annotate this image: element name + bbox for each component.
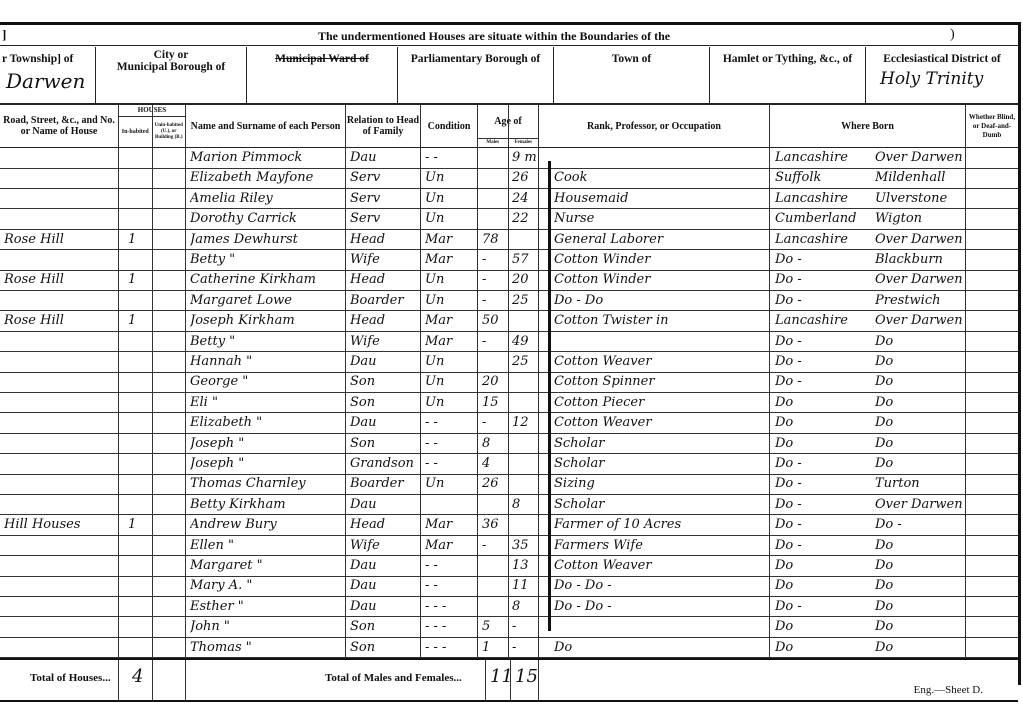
sheet-title: The undermentioned Houses are situate wi…	[318, 29, 670, 44]
born-county: Do -	[775, 454, 870, 474]
house-name	[4, 209, 114, 229]
col-name: Name and Surname of each Person	[186, 105, 346, 148]
age-male: 4	[482, 454, 508, 474]
total-persons-label: Total of Males and Females...	[325, 672, 462, 684]
col-inhabited: In-habited	[119, 117, 153, 147]
born-place: Do	[875, 536, 965, 556]
born-county: Lancashire	[775, 230, 870, 250]
occupation: Cotton Winder	[554, 270, 766, 290]
age-male: -	[482, 291, 508, 311]
age-male: -	[482, 413, 508, 433]
born-county: Do -	[775, 536, 870, 556]
inhabited-count	[128, 597, 148, 617]
condition: Un	[425, 189, 477, 209]
person-name: Betty "	[190, 332, 345, 352]
house-name	[4, 148, 114, 168]
age-female: 13	[512, 556, 538, 576]
age-female: 8	[512, 597, 538, 617]
inhabited-count	[128, 454, 148, 474]
born-county: Do	[775, 393, 870, 413]
relation: Wife	[350, 332, 420, 352]
age-female	[512, 393, 538, 413]
person-name: Joseph Kirkham	[190, 311, 345, 331]
house-name	[4, 413, 114, 433]
total-females-value: 15	[515, 666, 538, 687]
condition: Mar	[425, 332, 477, 352]
relation: Son	[350, 434, 420, 454]
age-female: -	[512, 638, 538, 658]
born-county: Do	[775, 413, 870, 433]
occupation: Cotton Piecer	[554, 393, 766, 413]
occupation: Do - Do -	[554, 576, 766, 596]
condition: - -	[425, 413, 477, 433]
relation: Head	[350, 230, 420, 250]
person-name: John "	[190, 617, 345, 637]
condition: Mar	[425, 311, 477, 331]
condition: Mar	[425, 515, 477, 535]
person-name: Esther "	[190, 597, 345, 617]
person-name: Joseph "	[190, 454, 345, 474]
age-male: 36	[482, 515, 508, 535]
occupation: Housemaid	[554, 189, 766, 209]
age-female: 11	[512, 576, 538, 596]
relation: Son	[350, 393, 420, 413]
person-name: Mary A. "	[190, 576, 345, 596]
ecclesiastical-value: Holy Trinity	[866, 69, 1018, 89]
inhabited-count: 1	[128, 515, 148, 535]
inhabited-count	[128, 638, 148, 658]
age-female: 12	[512, 413, 538, 433]
house-name: Rose Hill	[4, 270, 114, 290]
age-male	[482, 576, 508, 596]
born-place: Over Darwen	[875, 148, 965, 168]
parliamentary-borough-box: Parliamentary Borough of	[398, 47, 554, 105]
born-county: Do -	[775, 291, 870, 311]
city-borough-box: City or Municipal Borough of	[96, 47, 247, 105]
born-place: Mildenhall	[875, 168, 965, 188]
condition: Mar	[425, 230, 477, 250]
municipal-ward-box: Municipal Ward of	[247, 47, 398, 105]
age-female	[512, 474, 538, 494]
person-name: Thomas Charnley	[190, 474, 345, 494]
inhabited-count	[128, 372, 148, 392]
house-name	[4, 434, 114, 454]
house-name: Hill Houses	[4, 515, 114, 535]
inhabited-count	[128, 536, 148, 556]
relation: Wife	[350, 250, 420, 270]
occupation: Do - Do -	[554, 597, 766, 617]
relation: Head	[350, 515, 420, 535]
margin-stroke	[548, 161, 551, 631]
house-name	[4, 250, 114, 270]
born-place: Do	[875, 454, 965, 474]
age-male: -	[482, 270, 508, 290]
born-county: Cumberland	[775, 209, 870, 229]
age-female: 9 m	[512, 148, 538, 168]
occupation: Cotton Twister in	[554, 311, 766, 331]
house-name	[4, 393, 114, 413]
age-female	[512, 434, 538, 454]
born-place: Do	[875, 372, 965, 392]
house-name	[4, 576, 114, 596]
born-county: Do -	[775, 372, 870, 392]
age-male: -	[482, 332, 508, 352]
born-county: Do -	[775, 474, 870, 494]
relation: Son	[350, 617, 420, 637]
col-relation: Relation to Head of Family	[346, 105, 421, 148]
inhabited-count	[128, 291, 148, 311]
relation: Boarder	[350, 291, 420, 311]
house-name	[4, 352, 114, 372]
occupation: Nurse	[554, 209, 766, 229]
occupation: Do	[554, 638, 766, 658]
person-name: Hannah "	[190, 352, 345, 372]
inhabited-count	[128, 209, 148, 229]
born-county: Do	[775, 434, 870, 454]
total-houses-value: 4	[132, 666, 143, 687]
occupation: Farmers Wife	[554, 536, 766, 556]
person-name: Margaret "	[190, 556, 345, 576]
age-female	[512, 454, 538, 474]
born-county: Do -	[775, 250, 870, 270]
person-name: Betty "	[190, 250, 345, 270]
person-name: Ellen "	[190, 536, 345, 556]
relation: Dau	[350, 597, 420, 617]
born-place: Prestwich	[875, 291, 965, 311]
born-county: Do -	[775, 352, 870, 372]
person-name: Dorothy Carrick	[190, 209, 345, 229]
occupation: General Laborer	[554, 230, 766, 250]
condition	[425, 495, 477, 515]
age-male	[482, 556, 508, 576]
inhabited-count	[128, 495, 148, 515]
born-county: Lancashire	[775, 148, 870, 168]
born-place: Do	[875, 352, 965, 372]
occupation: Cook	[554, 168, 766, 188]
condition: - - -	[425, 638, 477, 658]
relation: Dau	[350, 495, 420, 515]
town-box: Town of	[554, 47, 710, 105]
house-name	[4, 291, 114, 311]
born-county: Do -	[775, 270, 870, 290]
person-name: Betty Kirkham	[190, 495, 345, 515]
house-name: Rose Hill	[4, 230, 114, 250]
born-county: Lancashire	[775, 189, 870, 209]
occupation	[554, 617, 766, 637]
occupation	[554, 148, 766, 168]
born-place: Do	[875, 332, 965, 352]
house-name	[4, 495, 114, 515]
relation: Son	[350, 638, 420, 658]
col-females: Females	[509, 139, 539, 147]
born-place: Do	[875, 413, 965, 433]
age-female: 8	[512, 495, 538, 515]
born-county: Do -	[775, 515, 870, 535]
born-place: Do	[875, 576, 965, 596]
hamlet-box: Hamlet or Tything, &c., of	[710, 47, 866, 105]
occupation: Cotton Weaver	[554, 413, 766, 433]
person-name: Andrew Bury	[190, 515, 345, 535]
relation: Head	[350, 270, 420, 290]
person-name: Marion Pimmock	[190, 148, 345, 168]
census-sheet: ] The undermentioned Houses are situate …	[0, 22, 1021, 685]
condition: - -	[425, 148, 477, 168]
person-name: Elizabeth "	[190, 413, 345, 433]
corner-mark: )	[950, 27, 955, 43]
relation: Dau	[350, 148, 420, 168]
age-male	[482, 597, 508, 617]
age-male: 1	[482, 638, 508, 658]
house-name	[4, 372, 114, 392]
born-place: Blackburn	[875, 250, 965, 270]
condition: - -	[425, 576, 477, 596]
occupation: Farmer of 10 Acres	[554, 515, 766, 535]
inhabited-count: 1	[128, 270, 148, 290]
age-male	[482, 148, 508, 168]
house-name	[4, 189, 114, 209]
occupation: Scholar	[554, 434, 766, 454]
occupation: Cotton Winder	[554, 250, 766, 270]
inhabited-count	[128, 434, 148, 454]
title-row: ] The undermentioned Houses are situate …	[0, 25, 1018, 46]
age-male: 5	[482, 617, 508, 637]
born-place: Turton	[875, 474, 965, 494]
condition: - -	[425, 434, 477, 454]
age-female: 35	[512, 536, 538, 556]
inhabited-count: 1	[128, 311, 148, 331]
person-name: Eli "	[190, 393, 345, 413]
age-male: 15	[482, 393, 508, 413]
person-name: Catherine Kirkham	[190, 270, 345, 290]
person-name: James Dewhurst	[190, 230, 345, 250]
col-road: Road, Street, &c., and No. or Name of Ho…	[0, 105, 119, 148]
age-male: -	[482, 536, 508, 556]
age-female	[512, 515, 538, 535]
total-houses-label: Total of Houses...	[30, 672, 111, 684]
person-name: Thomas "	[190, 638, 345, 658]
inhabited-count	[128, 250, 148, 270]
born-place: Over Darwen	[875, 230, 965, 250]
relation: Grandson	[350, 454, 420, 474]
age-male: 78	[482, 230, 508, 250]
condition: - - -	[425, 617, 477, 637]
born-place: Do -	[875, 515, 965, 535]
born-county: Lancashire	[775, 311, 870, 331]
age-female: 22	[512, 209, 538, 229]
occupation: Cotton Weaver	[554, 556, 766, 576]
condition: Mar	[425, 250, 477, 270]
born-place: Do	[875, 556, 965, 576]
condition: Un	[425, 393, 477, 413]
age-male: -	[482, 250, 508, 270]
born-county: Do -	[775, 332, 870, 352]
born-county: Do	[775, 617, 870, 637]
condition: Un	[425, 372, 477, 392]
condition: Un	[425, 168, 477, 188]
inhabited-count	[128, 576, 148, 596]
age-female	[512, 372, 538, 392]
occupation: Do - Do	[554, 291, 766, 311]
person-name: Elizabeth Mayfone	[190, 168, 345, 188]
house-name	[4, 617, 114, 637]
age-male	[482, 168, 508, 188]
age-female: 26	[512, 168, 538, 188]
condition: Un	[425, 209, 477, 229]
relation: Serv	[350, 168, 420, 188]
occupation: Sizing	[554, 474, 766, 494]
condition: - - -	[425, 597, 477, 617]
totals-row: Total of Houses... 4 Total of Males and …	[0, 658, 1018, 702]
col-males: Males	[478, 139, 509, 147]
inhabited-count: 1	[128, 230, 148, 250]
age-female	[512, 311, 538, 331]
age-female: 49	[512, 332, 538, 352]
relation: Head	[350, 311, 420, 331]
age-female: 20	[512, 270, 538, 290]
born-county: Do	[775, 576, 870, 596]
age-female: 25	[512, 291, 538, 311]
condition: Mar	[425, 536, 477, 556]
age-male	[482, 209, 508, 229]
col-occupation: Rank, Professor, or Occupation	[539, 105, 770, 148]
house-name	[4, 556, 114, 576]
age-female: 25	[512, 352, 538, 372]
born-county: Do -	[775, 495, 870, 515]
sheet-footer: Eng.—Sheet D.	[914, 684, 983, 696]
house-name	[4, 168, 114, 188]
ecclesiastical-district-box: Ecclesiastical District of Holy Trinity	[866, 47, 1018, 105]
condition: Un	[425, 291, 477, 311]
born-place: Do	[875, 434, 965, 454]
person-name: Margaret Lowe	[190, 291, 345, 311]
born-place: Do	[875, 638, 965, 658]
occupation: Cotton Weaver	[554, 352, 766, 372]
born-county: Suffolk	[775, 168, 870, 188]
col-condition: Condition	[421, 105, 478, 148]
relation: Dau	[350, 556, 420, 576]
relation: Dau	[350, 352, 420, 372]
inhabited-count	[128, 168, 148, 188]
born-place: Over Darwen	[875, 495, 965, 515]
inhabited-count	[128, 148, 148, 168]
born-place: Wigton	[875, 209, 965, 229]
inhabited-count	[128, 189, 148, 209]
relation: Serv	[350, 189, 420, 209]
born-place: Ulverstone	[875, 189, 965, 209]
col-where-born: Where Born	[770, 105, 966, 148]
house-name	[4, 332, 114, 352]
age-male: 26	[482, 474, 508, 494]
inhabited-count	[128, 352, 148, 372]
house-name	[4, 454, 114, 474]
condition: Un	[425, 474, 477, 494]
township-box: r Township] of Darwen	[0, 47, 96, 105]
age-female: -	[512, 617, 538, 637]
age-male	[482, 189, 508, 209]
person-name: George "	[190, 372, 345, 392]
relation: Son	[350, 372, 420, 392]
house-name: Rose Hill	[4, 311, 114, 331]
house-name	[4, 638, 114, 658]
occupation: Scholar	[554, 495, 766, 515]
relation: Wife	[350, 536, 420, 556]
age-male: 20	[482, 372, 508, 392]
condition: Un	[425, 352, 477, 372]
inhabited-count	[128, 617, 148, 637]
occupation	[554, 332, 766, 352]
relation: Boarder	[350, 474, 420, 494]
col-uninhabited: Unin-habited (U.), or Building (B.)	[153, 117, 186, 147]
age-male: 50	[482, 311, 508, 331]
occupation: Cotton Spinner	[554, 372, 766, 392]
condition: Un	[425, 270, 477, 290]
inhabited-count	[128, 413, 148, 433]
condition: - -	[425, 556, 477, 576]
age-female: 57	[512, 250, 538, 270]
age-male	[482, 495, 508, 515]
born-county: Do	[775, 638, 870, 658]
born-place: Over Darwen	[875, 311, 965, 331]
col-blind-deaf: Whether Blind, or Deaf-and-Dumb	[966, 105, 1018, 148]
person-name: Joseph "	[190, 434, 345, 454]
relation: Dau	[350, 576, 420, 596]
relation: Dau	[350, 413, 420, 433]
born-county: Do -	[775, 597, 870, 617]
born-place: Do	[875, 597, 965, 617]
relation: Serv	[350, 209, 420, 229]
age-female: 24	[512, 189, 538, 209]
born-county: Do	[775, 556, 870, 576]
born-place: Do	[875, 393, 965, 413]
born-place: Over Darwen	[875, 270, 965, 290]
bracket-mark: ]	[2, 27, 6, 43]
inhabited-count	[128, 332, 148, 352]
age-female	[512, 230, 538, 250]
inhabited-count	[128, 393, 148, 413]
township-value: Darwen	[0, 69, 95, 93]
born-place: Do	[875, 617, 965, 637]
house-name	[4, 536, 114, 556]
age-male: 8	[482, 434, 508, 454]
condition: - -	[425, 454, 477, 474]
house-name	[4, 474, 114, 494]
inhabited-count	[128, 556, 148, 576]
person-name: Amelia Riley	[190, 189, 345, 209]
house-name	[4, 597, 114, 617]
age-male	[482, 352, 508, 372]
inhabited-count	[128, 474, 148, 494]
occupation: Scholar	[554, 454, 766, 474]
